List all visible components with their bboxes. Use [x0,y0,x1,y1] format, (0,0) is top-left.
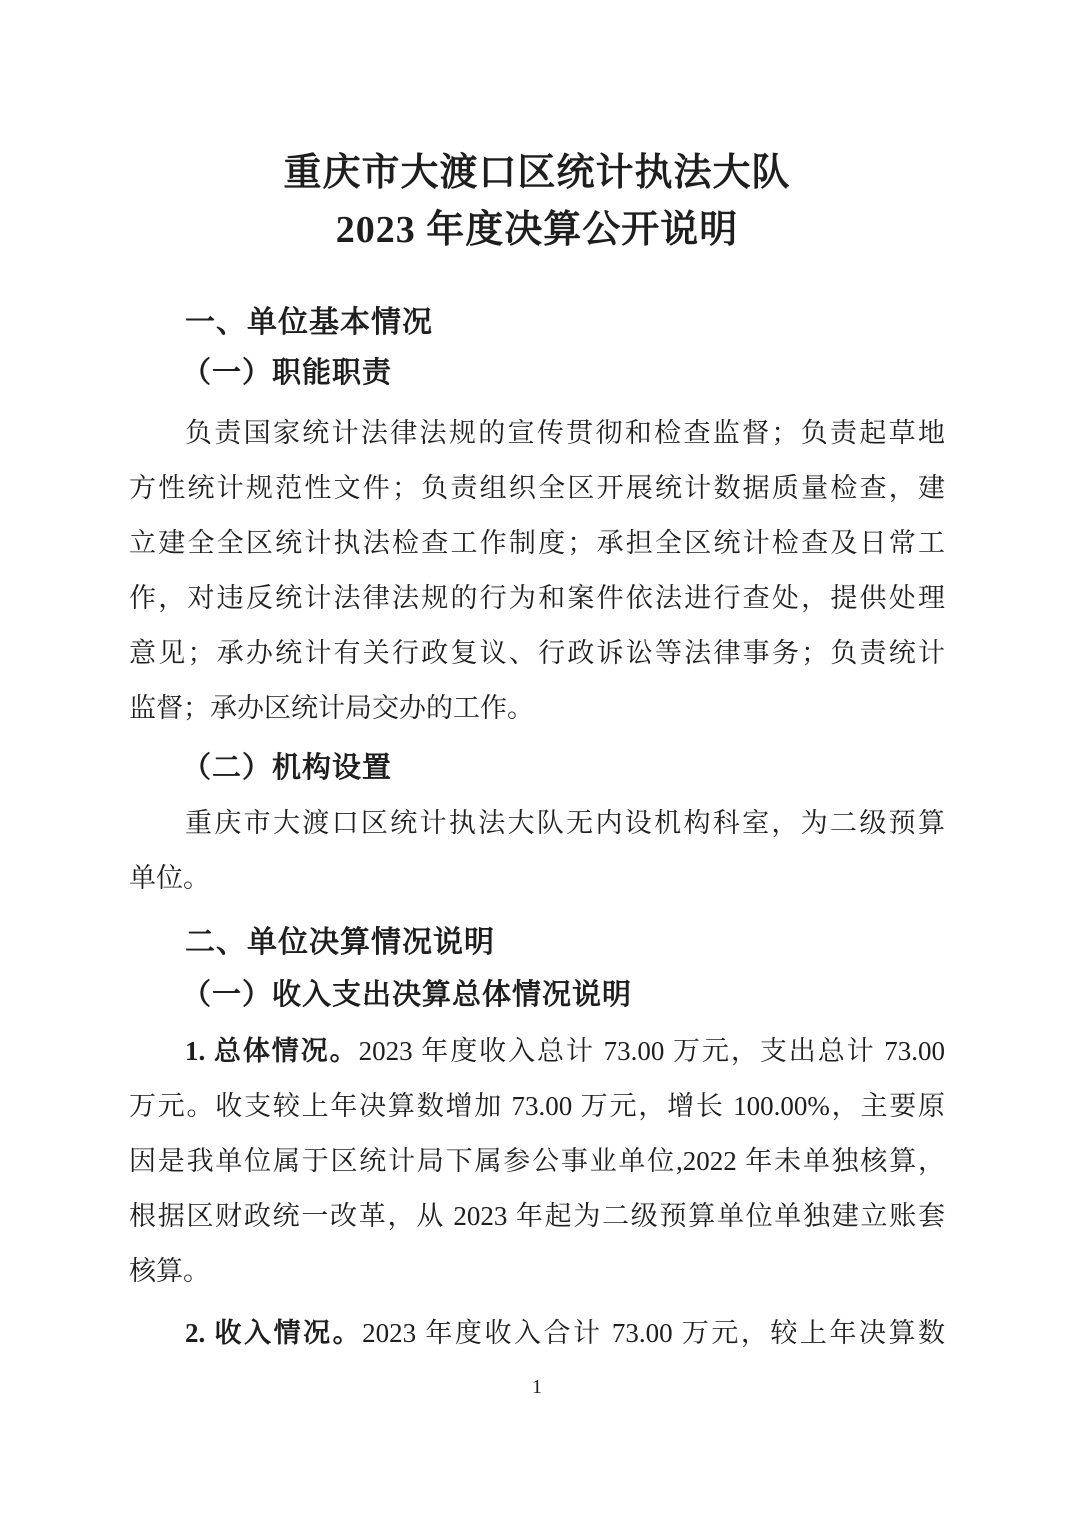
section1-heading: 一、单位基本情况 [129,295,945,350]
overview-item-label: 1. 总体情况。 [185,1036,359,1066]
overview-item-text: 2023 年度收入总计 73.00 万元，支出总计 73.00 [359,1036,945,1066]
duties-para-line-6: 监督；承办区统计局交办的工作。 [129,681,945,736]
duties-para-line-4: 作，对违反统计法律法规的行为和案件依法进行查处，提供处理 [129,571,945,626]
overview-para-line-5: 核算。 [129,1244,945,1299]
title-line-1: 重庆市大渡口区统计执法大队 [0,146,1074,201]
duties-para-line-2: 方性统计规范性文件；负责组织全区开展统计数据质量检查，建 [129,461,945,516]
overview-para-line-1: 1. 总体情况。2023 年度收入总计 73.00 万元，支出总计 73.00 [129,1024,945,1079]
duties-para-line-1: 负责国家统计法律法规的宣传贯彻和检查监督；负责起草地 [129,406,945,461]
section1-sub1-heading: （一）职能职责 [129,346,945,401]
overview-para-line-3: 因是我单位属于区统计局下属参公事业单位,2022 年未单独核算， [129,1134,945,1189]
section2-heading: 二、单位决算情况说明 [129,915,945,970]
income-item-text: 2023 年度收入合计 73.00 万元，较上年决算数 [362,1318,945,1348]
income-item-label: 2. 收入情况。 [185,1318,362,1348]
section1-sub2-heading: （二）机构设置 [129,741,945,796]
duties-para-line-3: 立建全全区统计执法检查工作制度；承担全区统计检查及日常工 [129,516,945,571]
document-page: 重庆市大渡口区统计执法大队 2023 年度决算公开说明 一、单位基本情况 （一）… [0,0,1074,1520]
income-para-line-1: 2. 收入情况。2023 年度收入合计 73.00 万元，较上年决算数 [129,1306,945,1361]
title-line-2: 2023 年度决算公开说明 [0,203,1074,258]
overview-para-line-2: 万元。收支较上年决算数增加 73.00 万元，增长 100.00%，主要原 [129,1079,945,1134]
overview-para-line-4: 根据区财政统一改革，从 2023 年起为二级预算单位单独建立账套 [129,1189,945,1244]
duties-para-line-5: 意见；承办统计有关行政复议、行政诉讼等法律事务；负责统计 [129,626,945,681]
org-para-line-1: 重庆市大渡口区统计执法大队无内设机构科室，为二级预算 [129,796,945,851]
org-para-line-2: 单位。 [129,851,945,906]
page-number: 1 [0,1372,1074,1402]
section2-sub1-heading: （一）收入支出决算总体情况说明 [129,968,945,1023]
